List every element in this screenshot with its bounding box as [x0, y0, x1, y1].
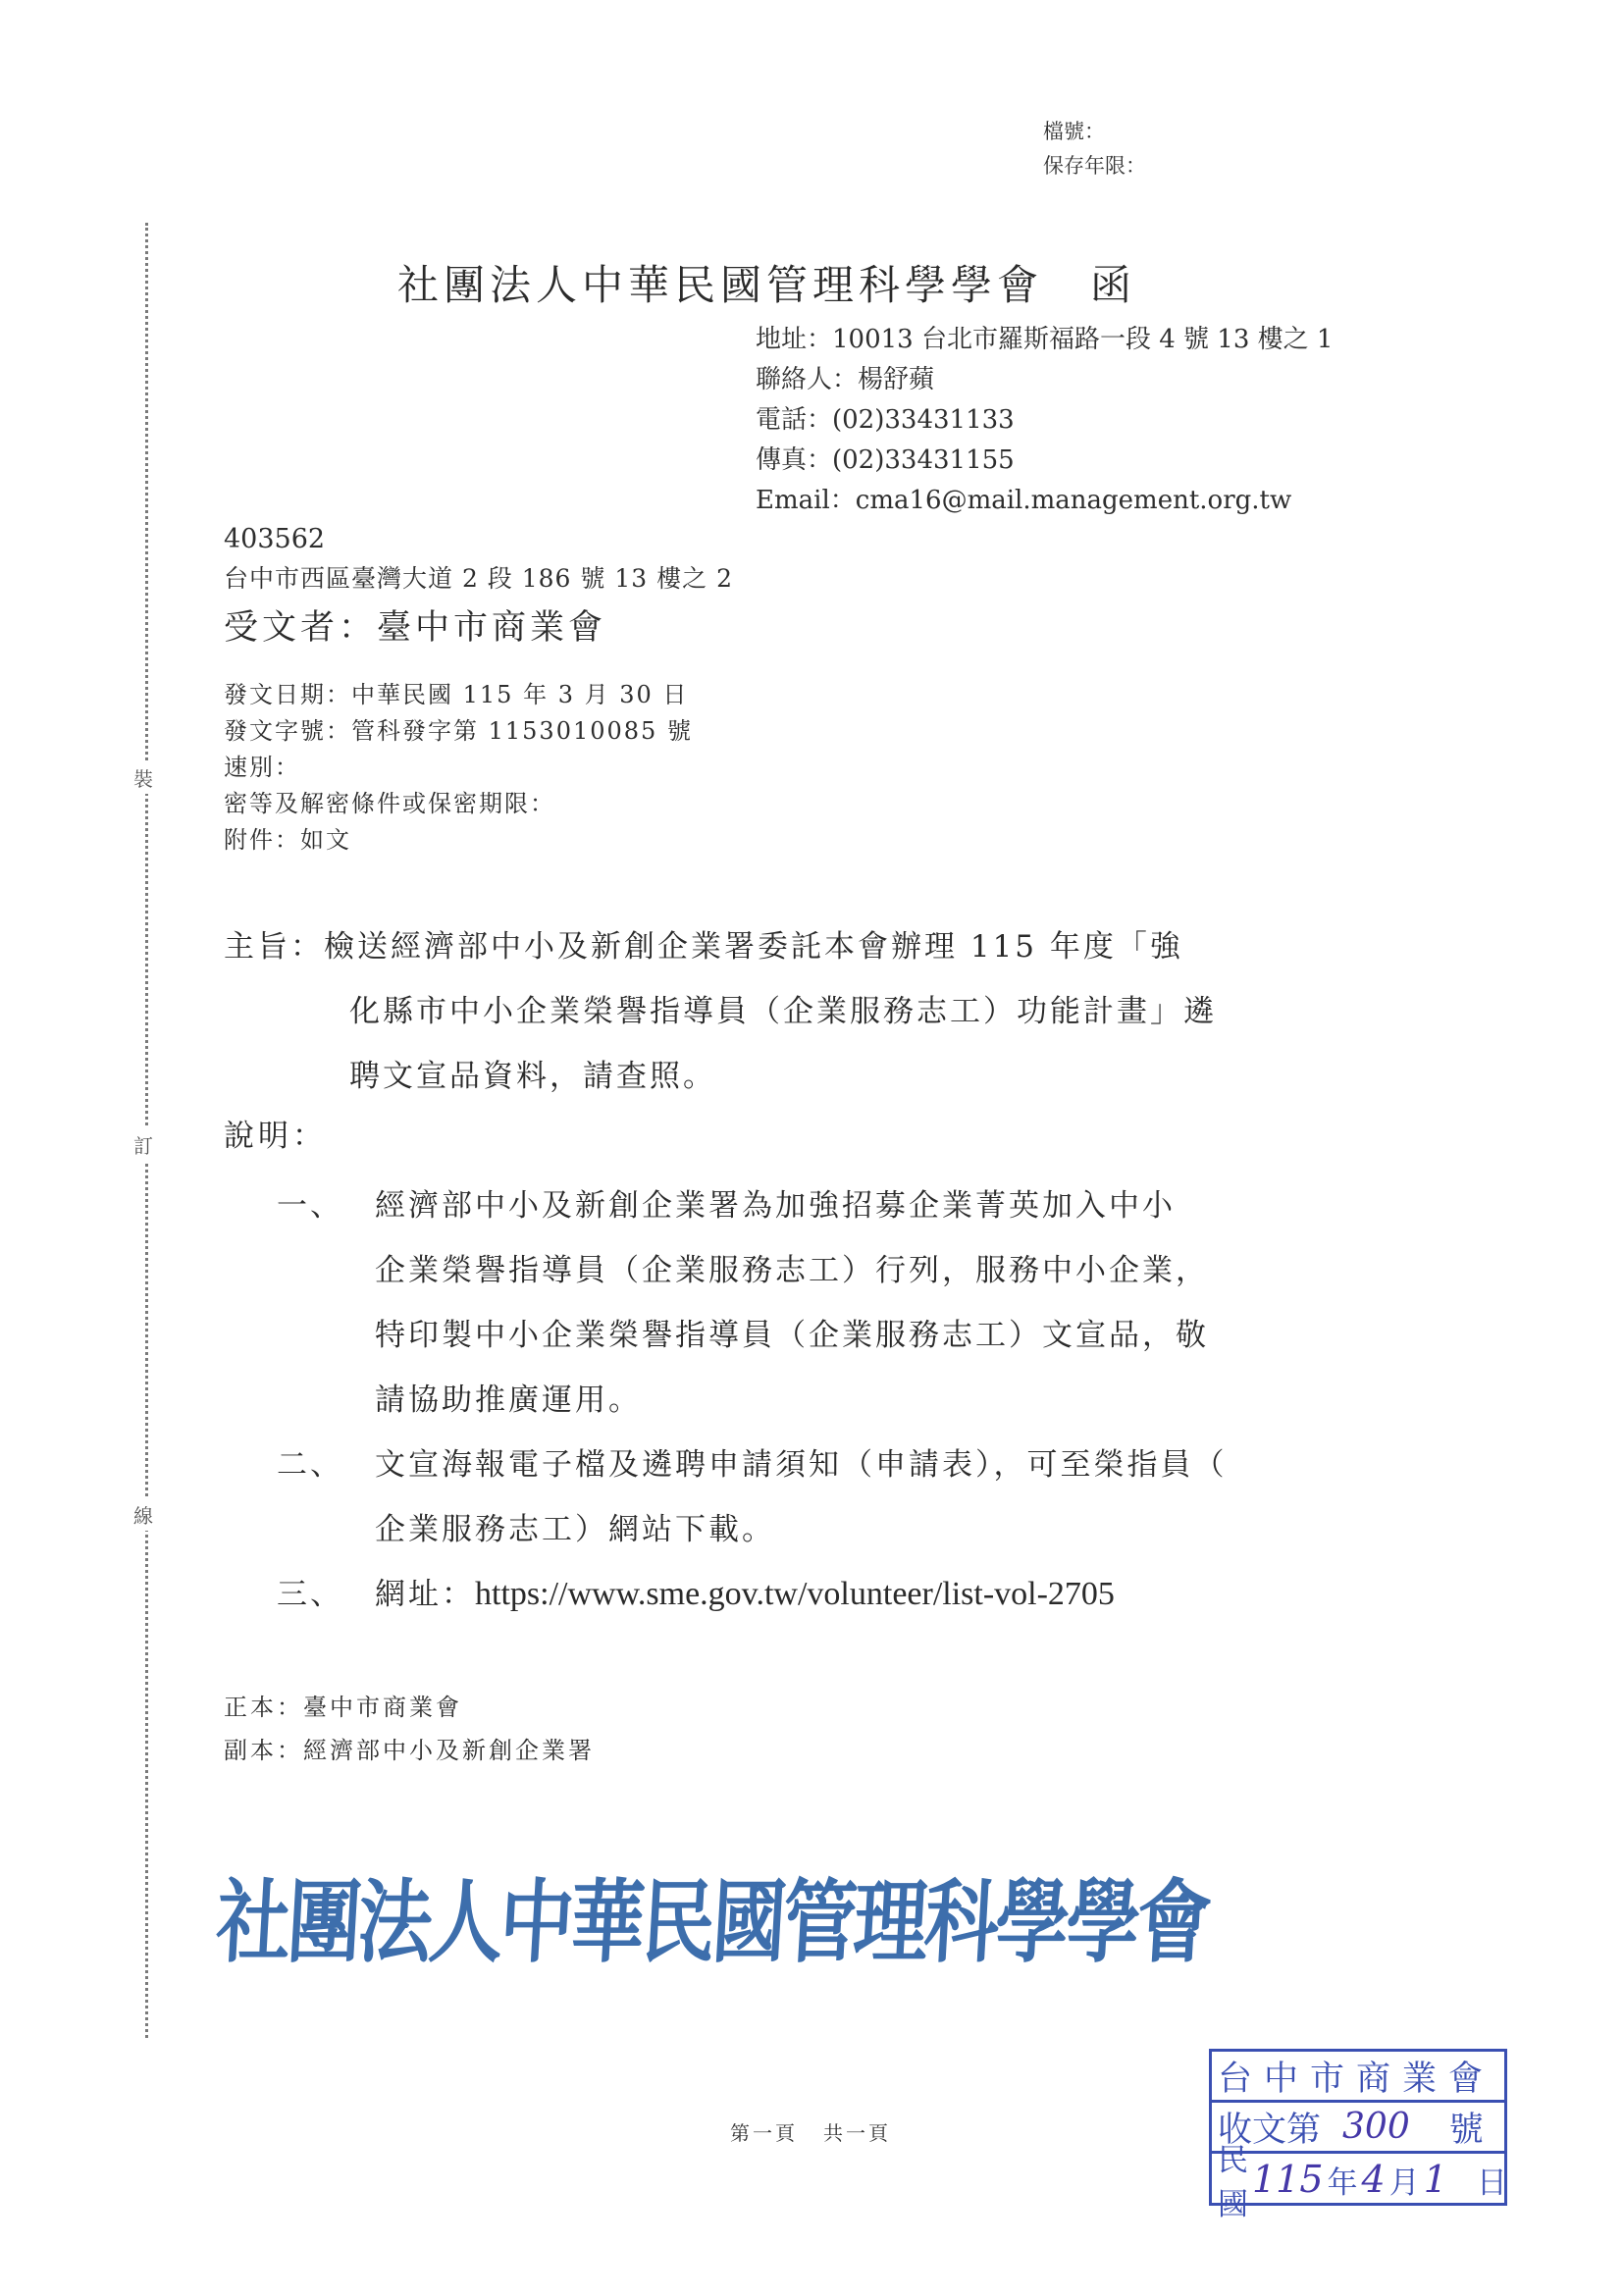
item-number: 二、: [277, 1433, 375, 1497]
stamp-day-unit: 日: [1477, 2158, 1507, 2202]
stamp-receipt-number: 收文第 300 號: [1212, 2103, 1504, 2154]
item-line: 請協助推廣運用。: [277, 1368, 1228, 1433]
contact-phone: 電話：(02)33431133: [756, 400, 1333, 441]
org-name: 社團法人中華民國管理科學學會: [397, 261, 1043, 309]
binding-mark-ding: 訂: [133, 1128, 153, 1161]
carbon-copy: 副本：經濟部中小及新創企業署: [224, 1729, 595, 1772]
item-line: 特印製中小企業榮譽指導員（企業服務志工）文宣品，敬: [277, 1303, 1228, 1368]
doc-type: 函: [1090, 261, 1136, 309]
item-number: 三、: [277, 1562, 375, 1627]
subject: 主旨：檢送經濟部中小及新創企業署委託本會辦理 115 年度「強 化縣市中小企業榮…: [224, 914, 1217, 1109]
item-line: 企業榮譽指導員（企業服務志工）行列，服務中小企業，: [277, 1238, 1228, 1303]
document-meta: 發文日期：中華民國 115 年 3 月 30 日 發文字號：管科發字第 1153…: [224, 677, 693, 859]
explanation-label: 說明：: [224, 1111, 327, 1155]
contact-person: 聯絡人：楊舒蘋: [756, 360, 1333, 400]
confidentiality: 密等及解密條件或保密期限：: [224, 786, 693, 822]
page-number: 第一頁: [730, 2121, 798, 2145]
stamp-receipt-suffix: 號: [1449, 2103, 1484, 2152]
sender-contact: 地址：10013 台北市羅斯福路一段 4 號 13 樓之 1 聯絡人：楊舒蘋 電…: [756, 320, 1333, 521]
subject-line: 主旨：檢送經濟部中小及新創企業署委託本會辦理 115 年度「強: [224, 914, 1217, 979]
item-line: 企業服務志工）網站下載。: [277, 1497, 1228, 1562]
stamp-day: 1: [1424, 2158, 1447, 2201]
contact-fax: 傳真：(02)33431155: [756, 441, 1333, 481]
subject-line: 聘文宣品資料，請查照。: [224, 1044, 1217, 1109]
website-link[interactable]: https://www.sme.gov.tw/volunteer/list-vo…: [475, 1576, 1115, 1612]
recipient-zip: 403562: [224, 524, 325, 554]
speed-class: 速別：: [224, 750, 693, 786]
binding-mark-xian: 線: [133, 1498, 153, 1531]
stamp-month-unit: 月: [1389, 2158, 1420, 2202]
subject-line: 化縣市中小企業榮譽指導員（企業服務志工）功能計畫」遴: [224, 979, 1217, 1044]
binding-mark-zhuang: 裝: [133, 761, 153, 794]
organization-seal: 社團法人中華民國管理科學學會: [213, 1851, 1212, 1980]
sender-address: 地址：10013 台北市羅斯福路一段 4 號 13 樓之 1: [756, 320, 1333, 360]
stamp-month: 4: [1362, 2158, 1386, 2201]
stamp-org: 台中市商業會: [1212, 2052, 1504, 2103]
explanation-items: 一、經濟部中小及新創企業署為加強招募企業菁英加入中小 企業榮譽指導員（企業服務志…: [277, 1174, 1228, 1627]
stamp-receipt-no: 300: [1342, 2107, 1410, 2147]
document-title: 社團法人中華民國管理科學學會函: [397, 253, 1136, 312]
stamp-year: 115: [1252, 2158, 1324, 2201]
recipient-address: 台中市西區臺灣大道 2 段 186 號 13 樓之 2: [224, 559, 733, 595]
stamp-era: 民國: [1218, 2135, 1248, 2223]
document-number: 發文字號：管科發字第 1153010085 號: [224, 713, 693, 750]
item-line: 經濟部中小及新創企業署為加強招募企業菁英加入中小: [375, 1188, 1176, 1224]
list-item: 二、文宣海報電子檔及遴聘申請須知（申請表），可至榮指員（ 企業服務志工）網站下載…: [277, 1433, 1228, 1562]
original-copy: 正本：臺中市商業會: [224, 1686, 595, 1729]
list-item: 一、經濟部中小及新創企業署為加強招募企業菁英加入中小 企業榮譽指導員（企業服務志…: [277, 1174, 1228, 1433]
filing-info: 檔號： 保存年限：: [1043, 115, 1146, 183]
attachment: 附件：如文: [224, 822, 693, 859]
archive-no-label: 檔號：: [1043, 115, 1105, 149]
distribution: 正本：臺中市商業會 副本：經濟部中小及新創企業署: [224, 1686, 595, 1772]
stamp-year-unit: 年: [1328, 2158, 1358, 2202]
stamp-date: 民國 115 年 4 月 1 日: [1212, 2154, 1504, 2205]
item-number: 一、: [277, 1174, 375, 1238]
retention-label: 保存年限：: [1043, 149, 1146, 183]
issue-date: 發文日期：中華民國 115 年 3 月 30 日: [224, 677, 693, 713]
page-total: 共一頁: [823, 2121, 891, 2145]
recipient-name: 受文者：臺中市商業會: [224, 600, 606, 650]
list-item: 三、網址：https://www.sme.gov.tw/volunteer/li…: [277, 1562, 1228, 1627]
page-footer: 第一頁共一頁: [730, 2117, 891, 2146]
item-line: 文宣海報電子檔及遴聘申請須知（申請表），可至榮指員（: [375, 1447, 1228, 1483]
contact-email: Email：cma16@mail.management.org.tw: [756, 481, 1333, 521]
receipt-stamp: 台中市商業會 收文第 300 號 民國 115 年 4 月 1 日: [1209, 2049, 1507, 2206]
url-prefix: 網址：: [375, 1577, 475, 1612]
